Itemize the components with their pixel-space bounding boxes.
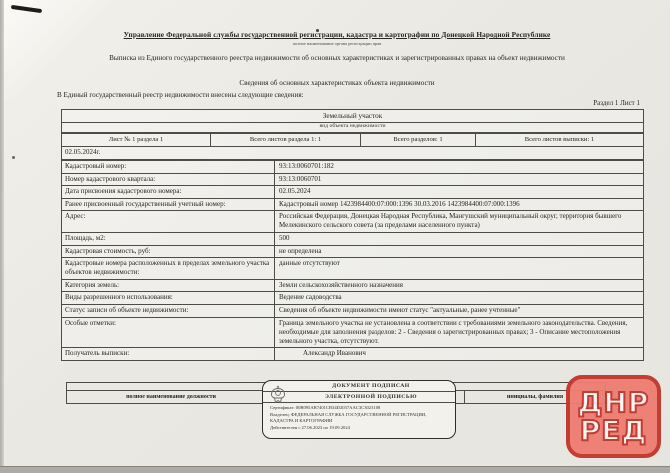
row-label: Кадастровые номера расположенных в преде…: [62, 258, 275, 279]
table-row: Категория земель: Земли сельскохозяйстве…: [62, 279, 643, 292]
row-label: Кадастровая стоимость, руб:: [62, 246, 275, 258]
row-label: Площадь, м2:: [62, 233, 275, 245]
table-row: Кадастровый номер: 93:13:0060701:182: [62, 160, 643, 173]
sheet-cell: Лист № 1 раздела 1: [62, 134, 210, 147]
sheet-cell: Всего листов выписки: 1: [475, 134, 643, 147]
sheet-counts-row: Лист № 1 раздела 1 Всего листов раздела …: [62, 132, 643, 147]
row-value: 02.05.2024: [275, 186, 643, 198]
sheet-cell: Всего листов раздела 1: 1: [210, 134, 360, 147]
stamp-owner: Владелец: ФЕДЕРАЛЬНАЯ СЛУЖБА ГОСУДАРСТВЕ…: [270, 412, 450, 425]
table-row: Площадь, м2: 500: [62, 232, 643, 245]
table-row: Виды разрешенного использования: Ведение…: [62, 291, 643, 304]
table-row: Особые отметки: Граница земельного участ…: [62, 317, 643, 348]
row-label: Категория земель:: [62, 280, 275, 292]
date-row: 02.05.2024г.: [62, 146, 643, 160]
row-value: Кадастровый номер 1423984400:07:000:1396…: [275, 199, 643, 211]
row-label: Статус записи об объекте недвижимости:: [62, 305, 275, 317]
scanned-page: Управление Федеральной службы государств…: [4, 0, 670, 466]
table-row: Кадастровая стоимость, руб: не определен…: [62, 245, 643, 258]
table-row: Адрес: Российская Федерация, Донецкая На…: [62, 210, 643, 232]
table-row: Статус записи об объекте недвижимости: С…: [62, 304, 643, 317]
row-value: Граница земельного участка не установлен…: [275, 318, 643, 348]
dnr-red-watermark: ДНР РЕД: [566, 375, 661, 458]
position-label: полное наименование должности: [67, 391, 275, 403]
document-title: Выписка из Единого государственного реес…: [34, 54, 640, 62]
characteristics-table: Земельный участок вид объекта недвижимос…: [61, 109, 644, 361]
intro-line: В Единый государственный реестр недвижим…: [57, 91, 304, 99]
row-label: Виды разрешенного использования:: [62, 292, 275, 304]
electronic-signature-stamp: ДОКУМЕНТ ПОДПИСАН ЭЛЕКТРОННОЙ ПОДПИСЬЮ С…: [262, 380, 456, 439]
stamp-line-2: ЭЛЕКТРОННОЙ ПОДПИСЬЮ: [263, 392, 455, 403]
row-value: Александр Иванович: [275, 348, 643, 360]
table-row: Получатель выписки: Александр Иванович: [62, 347, 643, 360]
row-label: Ранее присвоенный государственный учетны…: [62, 199, 275, 211]
row-value: не определена: [275, 246, 643, 258]
section-title: Сведения об основных характеристиках объ…: [4, 79, 670, 87]
table-row: Дата присвоения кадастрового номера: 02.…: [62, 185, 643, 198]
row-value: 500: [275, 233, 643, 245]
row-value: Российская Федерация, Донецкая Народная …: [275, 211, 643, 232]
watermark-line-1: ДНР: [578, 389, 650, 416]
row-label: Кадастровый номер:: [62, 161, 275, 173]
stamp-validity: Действителен с 27.06.2023 по 19.09.2024: [270, 425, 450, 432]
table-row: Кадастровые номера расположенных в преде…: [62, 257, 643, 279]
object-type-caption: вид объекта недвижимости: [62, 122, 643, 132]
row-label: Дата присвоения кадастрового номера:: [62, 186, 275, 198]
row-label: Адрес:: [62, 211, 275, 232]
org-subtitle: полное наименование органа регистрации п…: [4, 41, 670, 46]
row-label: Особые отметки:: [62, 318, 275, 348]
stamp-certificate: Сертификат: 00B095AB7401CB34D2037AAC3C30…: [270, 405, 450, 412]
scan-edge-bottom: [0, 466, 670, 473]
row-label: Получатель выписки:: [62, 348, 275, 360]
row-value: 93:13:0060701:182: [275, 161, 643, 173]
row-value: Сведения об объекте недвижимости имеют с…: [275, 305, 643, 317]
table-row: Номер кадастрового квартала: 93:13:00607…: [62, 173, 643, 186]
stamp-line-1: ДОКУМЕНТ ПОДПИСАН: [263, 381, 455, 392]
table-row: Ранее присвоенный государственный учетны…: [62, 198, 643, 211]
state-emblem-icon: [270, 385, 286, 404]
object-type: Земельный участок: [62, 110, 643, 122]
watermark-line-2: РЕД: [580, 417, 648, 444]
row-value: 93:13:0060701: [275, 174, 643, 186]
scan-speck: [316, 29, 319, 32]
row-value: Земли сельскохозяйственного назначения: [275, 280, 643, 292]
org-title: Управление Федеральной службы государств…: [4, 30, 670, 39]
row-value: Ведение садоводства: [275, 292, 643, 304]
scan-speck: [12, 156, 15, 159]
sheet-reference: Раздел 1 Лист 1: [593, 99, 640, 107]
sheet-cell: Всего разделов: 1: [360, 134, 475, 147]
row-label: Номер кадастрового квартала:: [62, 174, 275, 186]
row-value: данные отсутствуют: [275, 258, 643, 279]
scan-edge-left: [0, 0, 4, 473]
